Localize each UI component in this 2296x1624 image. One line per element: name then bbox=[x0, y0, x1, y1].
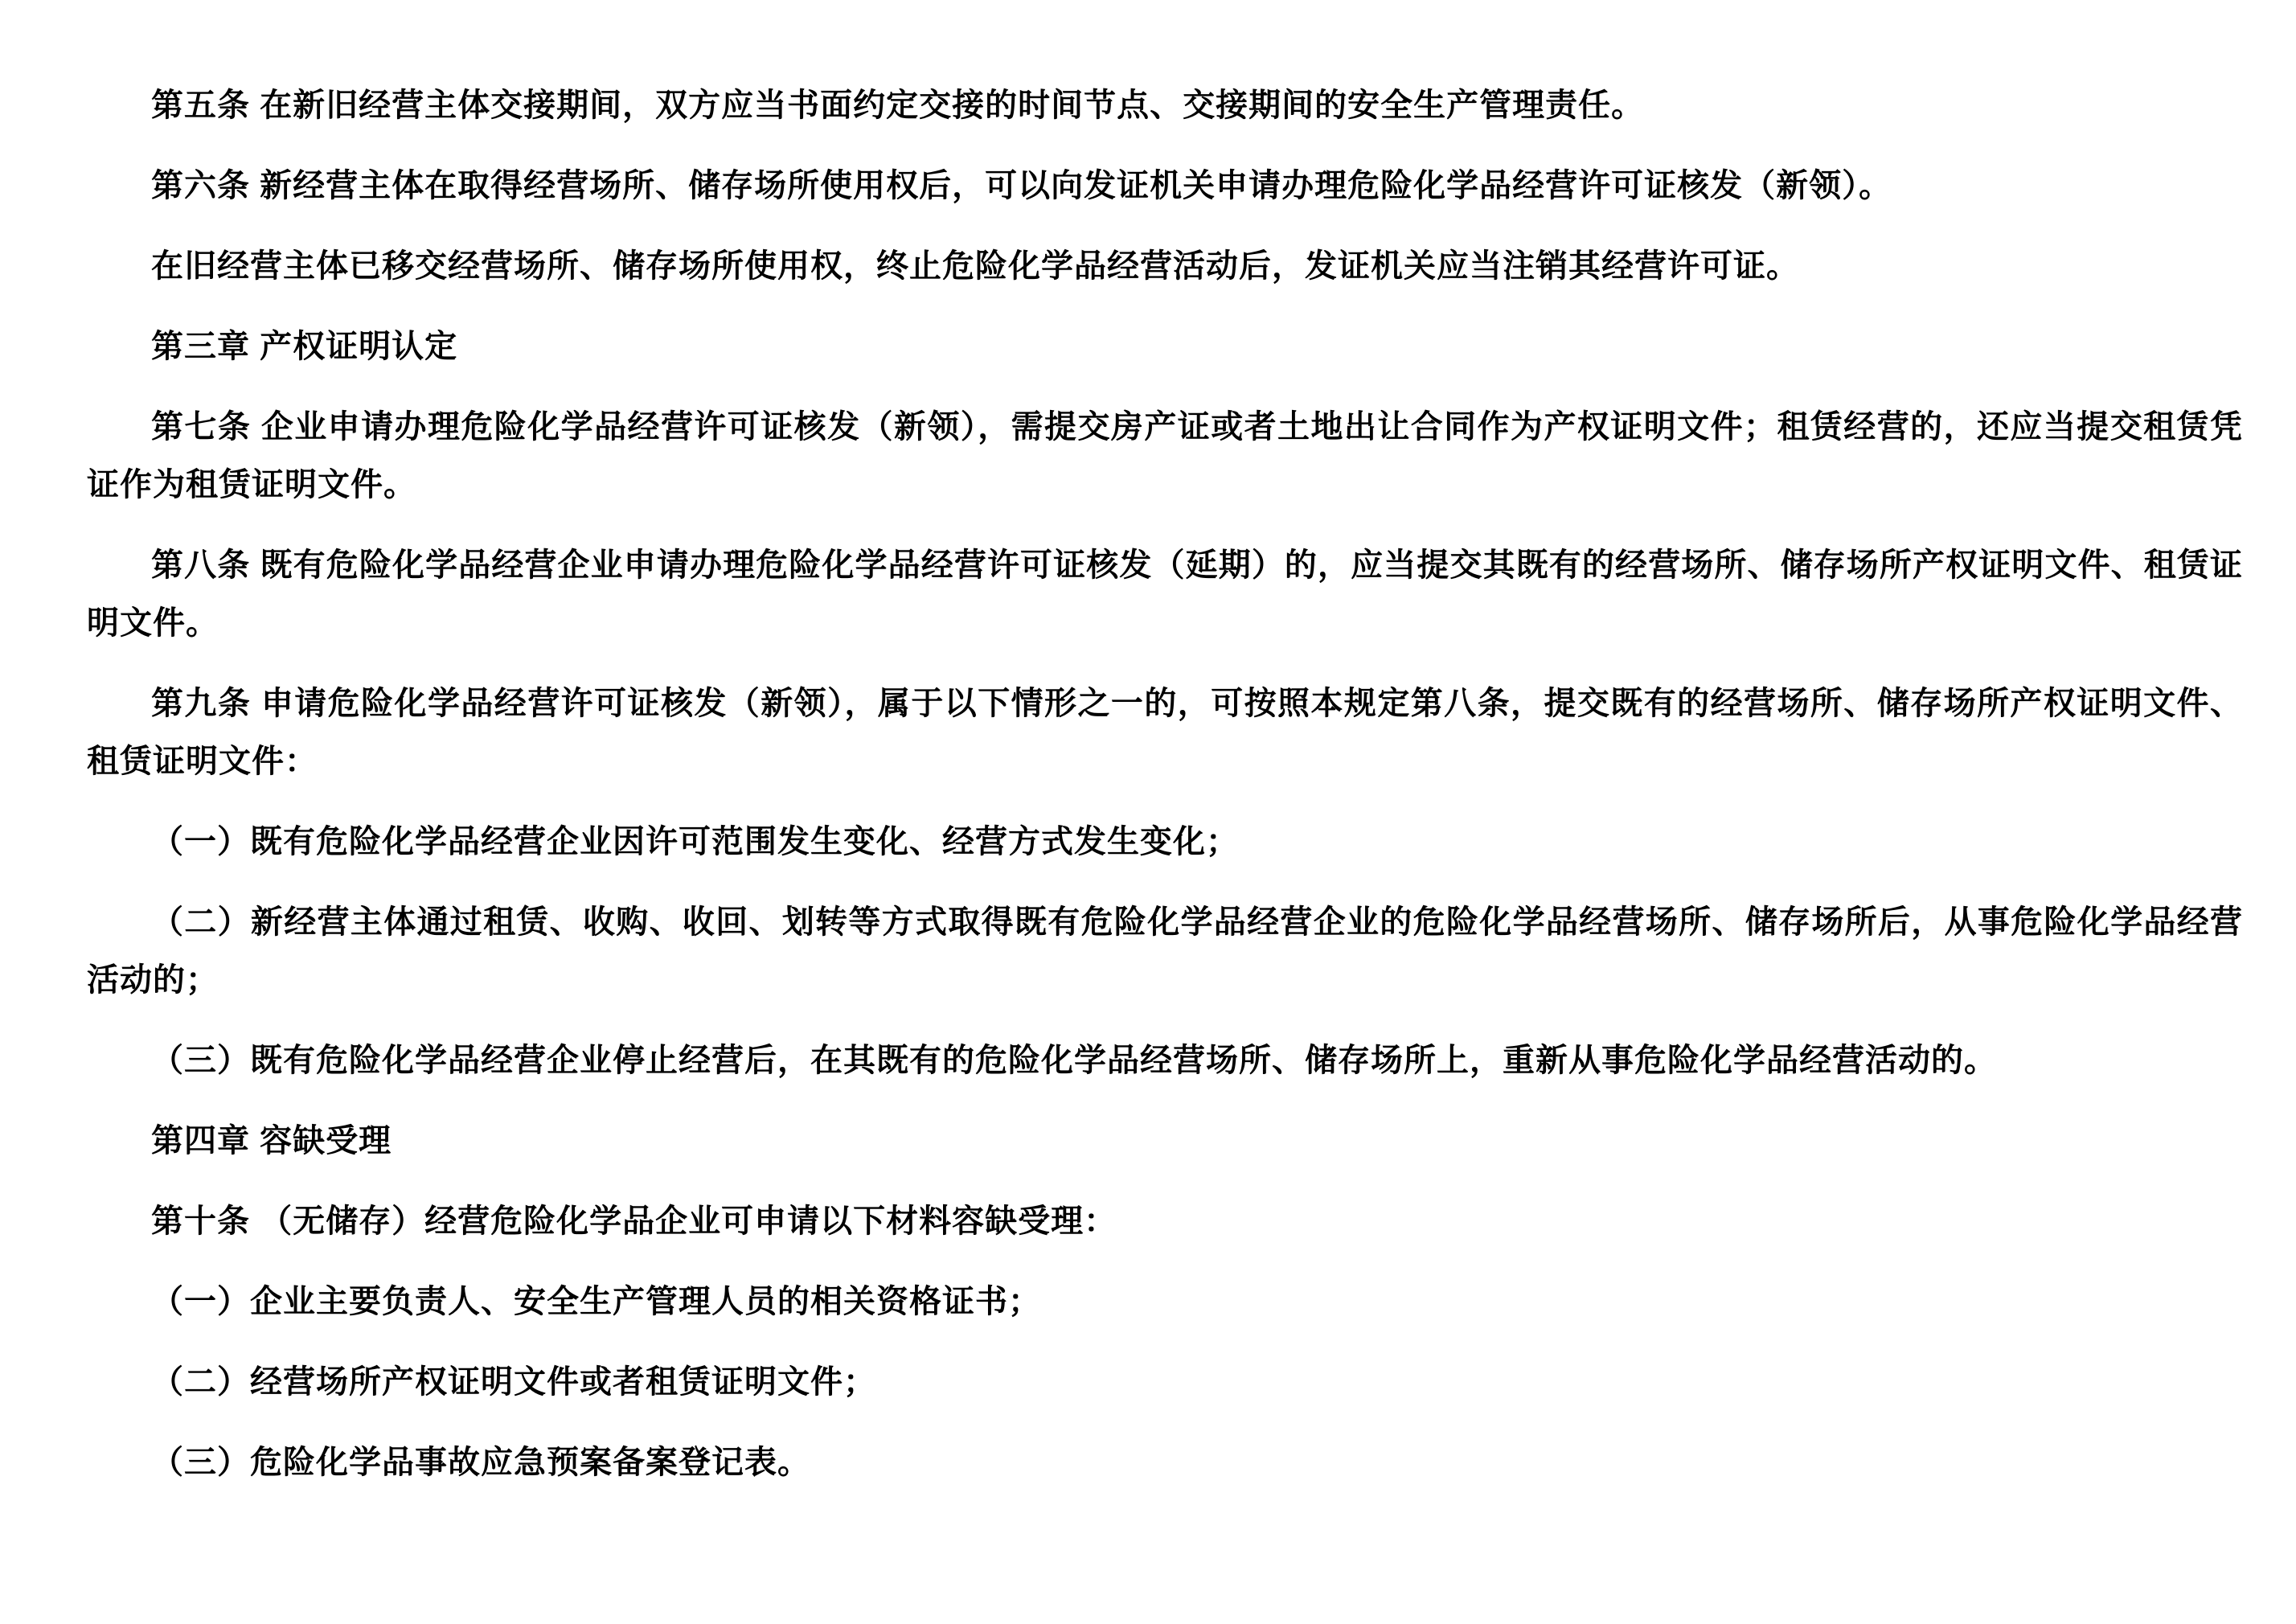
paragraph-article-6-cont: 在旧经营主体已移交经营场所、储存场所使用权，终止危险化学品经营活动后，发证机关应… bbox=[87, 237, 2243, 295]
paragraph-article-6: 第六条 新经营主体在取得经营场所、储存场所使用权后，可以向发证机关申请办理危险化… bbox=[87, 157, 2243, 215]
paragraph-article-9-item-2: （二）新经营主体通过租赁、收购、收回、划转等方式取得既有危险化学品经营企业的危险… bbox=[87, 893, 2243, 1009]
paragraph-article-9: 第九条 申请危险化学品经营许可证核发（新领），属于以下情形之一的，可按照本规定第… bbox=[87, 675, 2243, 790]
paragraph-article-10-item-3: （三）危险化学品事故应急预案备案登记表。 bbox=[87, 1433, 2243, 1491]
paragraph-article-8: 第八条 既有危险化学品经营企业申请办理危险化学品经营许可证核发（延期）的，应当提… bbox=[87, 536, 2243, 652]
heading-chapter-3: 第三章 产权证明认定 bbox=[87, 318, 2243, 375]
paragraph-article-5: 第五条 在新旧经营主体交接期间，双方应当书面约定交接的时间节点、交接期间的安全生… bbox=[87, 76, 2243, 134]
paragraph-article-10-item-1: （一）企业主要负责人、安全生产管理人员的相关资格证书； bbox=[87, 1273, 2243, 1331]
paragraph-article-10-item-2: （二）经营场所产权证明文件或者租赁证明文件； bbox=[87, 1353, 2243, 1411]
paragraph-article-7: 第七条 企业申请办理危险化学品经营许可证核发（新领），需提交房产证或者土地出让合… bbox=[87, 398, 2243, 514]
heading-chapter-4: 第四章 容缺受理 bbox=[87, 1112, 2243, 1170]
document-body: 第五条 在新旧经营主体交接期间，双方应当书面约定交接的时间节点、交接期间的安全生… bbox=[87, 76, 2243, 1491]
paragraph-article-9-item-3: （三）既有危险化学品经营企业停止经营后，在其既有的危险化学品经营场所、储存场所上… bbox=[87, 1031, 2243, 1089]
document-page: 第五条 在新旧经营主体交接期间，双方应当书面约定交接的时间节点、交接期间的安全生… bbox=[0, 0, 2296, 1624]
paragraph-article-10: 第十条 （无储存）经营危险化学品企业可申请以下材料容缺受理： bbox=[87, 1192, 2243, 1250]
paragraph-article-9-item-1: （一）既有危险化学品经营企业因许可范围发生变化、经营方式发生变化； bbox=[87, 813, 2243, 871]
